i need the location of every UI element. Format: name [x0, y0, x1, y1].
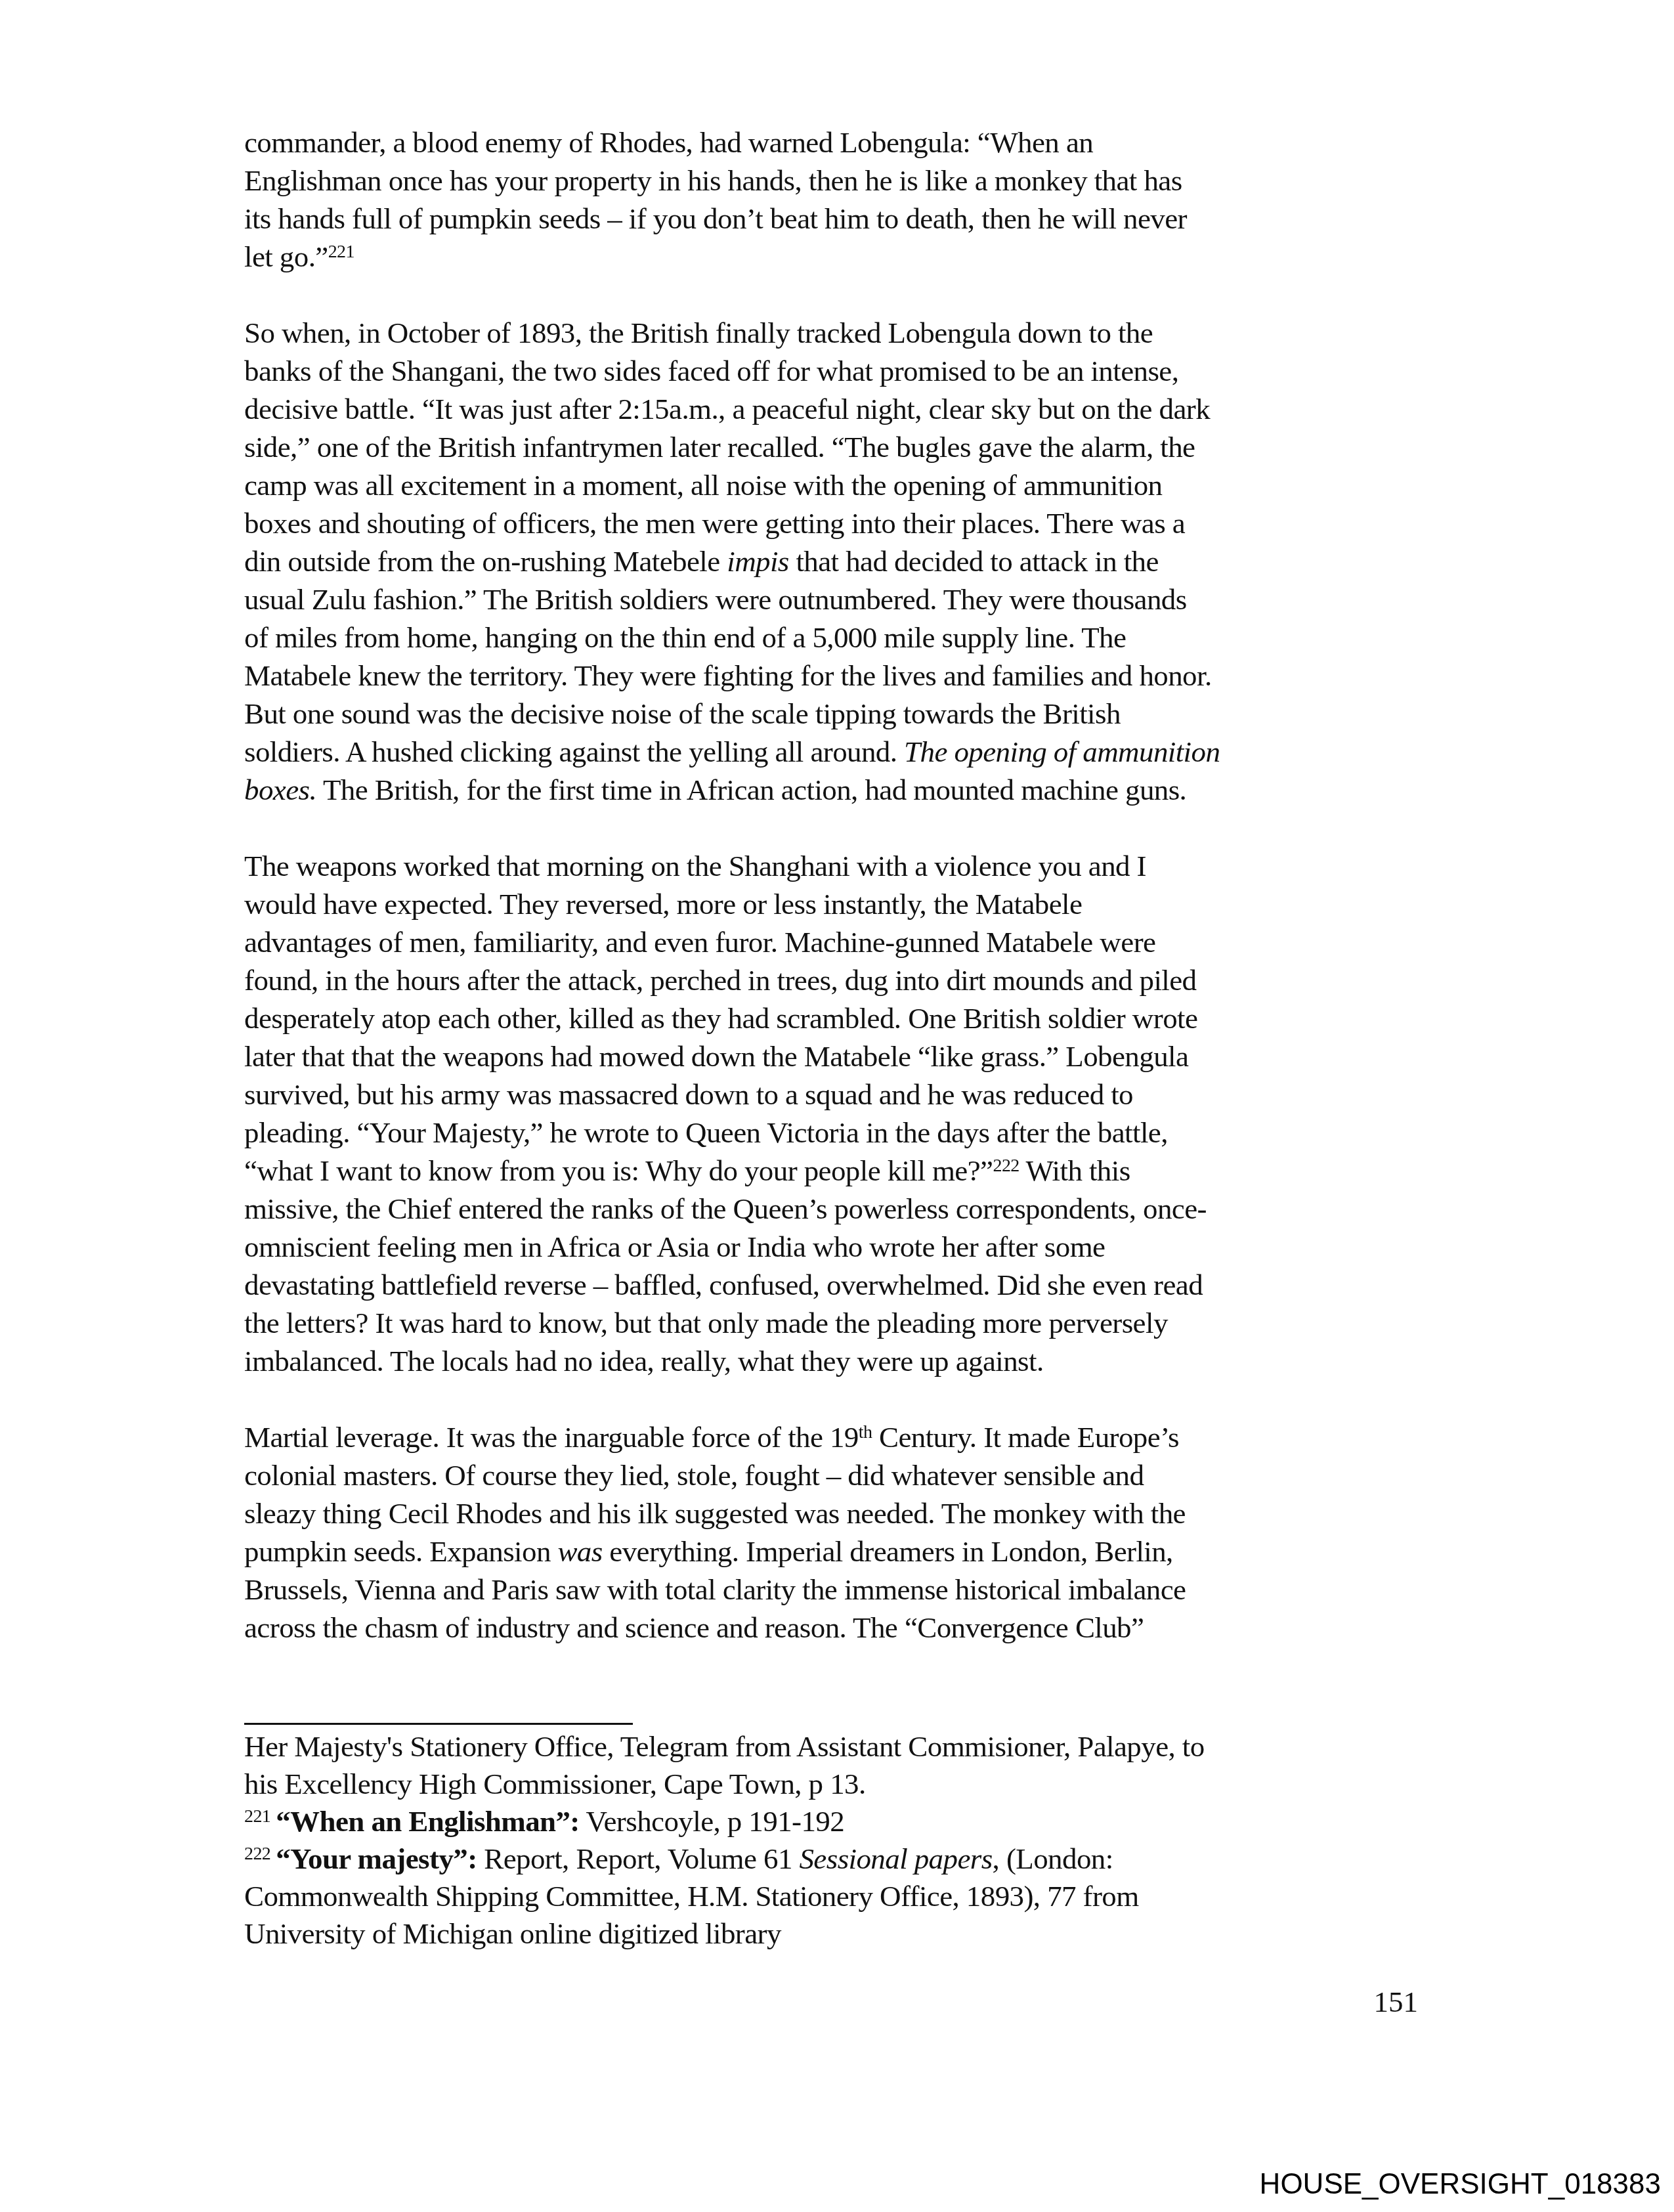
text-run: Report, Report, Volume 61 — [477, 1842, 800, 1875]
footnote-line: Her Majesty's Stationery Office, Telegra… — [244, 1728, 1419, 1766]
footnote-separator — [244, 1723, 633, 1725]
bold-text: “When an Englishman”: — [276, 1805, 580, 1838]
text-line: imbalanced. The locals had no idea, real… — [244, 1342, 1419, 1380]
text-run: Englishman once has your property in his… — [244, 164, 1182, 197]
text-line: boxes and shouting of officers, the men … — [244, 504, 1419, 542]
text-run: decisive battle. “It was just after 2:15… — [244, 393, 1210, 425]
text-run: would have expected. They reversed, more… — [244, 888, 1082, 921]
text-line: Martial leverage. It was the inarguable … — [244, 1418, 1419, 1456]
text-line: of miles from home, hanging on the thin … — [244, 618, 1419, 657]
text-run: side,” one of the British infantrymen la… — [244, 431, 1195, 464]
text-line: survived, but his army was massacred dow… — [244, 1075, 1419, 1114]
italic-text: was — [557, 1535, 602, 1568]
text-line: Englishman once has your property in his… — [244, 162, 1419, 200]
text-run: later that that the weapons had mowed do… — [244, 1040, 1188, 1073]
text-line: pleading. “Your Majesty,” he wrote to Qu… — [244, 1114, 1419, 1152]
footnote-reference: th — [859, 1422, 872, 1442]
text-run: pumpkin seeds. Expansion — [244, 1535, 557, 1568]
text-line: usual Zulu fashion.” The British soldier… — [244, 580, 1419, 618]
paragraph: So when, in October of 1893, the British… — [244, 314, 1419, 809]
text-run: boxes and shouting of officers, the men … — [244, 507, 1185, 540]
text-line: boxes. The British, for the first time i… — [244, 771, 1419, 809]
text-run: everything. Imperial dreamers in London,… — [603, 1535, 1173, 1568]
text-run: pleading. “Your Majesty,” he wrote to Qu… — [244, 1116, 1168, 1149]
body-text: commander, a blood enemy of Rhodes, had … — [244, 123, 1419, 1685]
text-line: pumpkin seeds. Expansion was everything.… — [244, 1532, 1419, 1571]
text-run: desperately atop each other, killed as t… — [244, 1002, 1197, 1035]
text-line: decisive battle. “It was just after 2:15… — [244, 390, 1419, 428]
text-line: omniscient feeling men in Africa or Asia… — [244, 1228, 1419, 1266]
text-run: With this — [1019, 1154, 1130, 1187]
text-run: colonial masters. Of course they lied, s… — [244, 1459, 1144, 1492]
text-line: soldiers. A hushed clicking against the … — [244, 733, 1419, 771]
text-line: would have expected. They reversed, more… — [244, 885, 1419, 923]
text-line: “what I want to know from you is: Why do… — [244, 1152, 1419, 1190]
text-run: soldiers. A hushed clicking against the … — [244, 735, 904, 768]
text-line: sleazy thing Cecil Rhodes and his ilk su… — [244, 1494, 1419, 1532]
text-run: din outside from the on-rushing Matebele — [244, 545, 727, 578]
text-line: Brussels, Vienna and Paris saw with tota… — [244, 1571, 1419, 1609]
text-line: So when, in October of 1893, the British… — [244, 314, 1419, 352]
text-run: banks of the Shangani, the two sides fac… — [244, 355, 1178, 387]
paragraph: The weapons worked that morning on the S… — [244, 847, 1419, 1380]
footnote-line: Commonwealth Shipping Committee, H.M. St… — [244, 1878, 1419, 1915]
text-line: desperately atop each other, killed as t… — [244, 999, 1419, 1037]
text-line: let go.”221 — [244, 238, 1419, 276]
text-run: imbalanced. The locals had no idea, real… — [244, 1345, 1044, 1377]
text-line: banks of the Shangani, the two sides fac… — [244, 352, 1419, 390]
document-page: commander, a blood enemy of Rhodes, had … — [0, 0, 1674, 2212]
text-run: The British, for the first time in Afric… — [316, 773, 1186, 806]
text-run: let go.” — [244, 240, 328, 273]
footnote: 221“When an Englishman”: Vershcoyle, p 1… — [244, 1803, 1419, 1840]
text-line: devastating battlefield reverse – baffle… — [244, 1266, 1419, 1304]
text-line: its hands full of pumpkin seeds – if you… — [244, 200, 1419, 238]
text-run: usual Zulu fashion.” The British soldier… — [244, 583, 1187, 616]
text-run: advantages of men, familiarity, and even… — [244, 926, 1155, 959]
bates-stamp: HOUSE_OVERSIGHT_018383 — [1260, 2167, 1661, 2202]
text-run: found, in the hours after the attack, pe… — [244, 964, 1197, 997]
text-run: Matabele knew the territory. They were f… — [244, 659, 1212, 692]
text-run: The weapons worked that morning on the S… — [244, 850, 1146, 882]
footnote: Her Majesty's Stationery Office, Telegra… — [244, 1728, 1419, 1803]
footnote-reference: 222 — [993, 1156, 1019, 1176]
text-line: missive, the Chief entered the ranks of … — [244, 1190, 1419, 1228]
text-run: , (London: — [993, 1842, 1113, 1875]
paragraph: commander, a blood enemy of Rhodes, had … — [244, 123, 1419, 276]
text-run: camp was all excitement in a moment, all… — [244, 469, 1162, 502]
text-run: its hands full of pumpkin seeds – if you… — [244, 202, 1187, 235]
text-run: Her Majesty's Stationery Office, Telegra… — [244, 1730, 1205, 1763]
text-line: colonial masters. Of course they lied, s… — [244, 1456, 1419, 1494]
text-run: sleazy thing Cecil Rhodes and his ilk su… — [244, 1497, 1186, 1530]
footnote: 222“Your majesty”: Report, Report, Volum… — [244, 1840, 1419, 1953]
footnote-line: 221“When an Englishman”: Vershcoyle, p 1… — [244, 1803, 1419, 1840]
text-line: Matabele knew the territory. They were f… — [244, 657, 1419, 695]
text-line: side,” one of the British infantrymen la… — [244, 428, 1419, 466]
text-run: Commonwealth Shipping Committee, H.M. St… — [244, 1880, 1139, 1913]
text-run: of miles from home, hanging on the thin … — [244, 621, 1126, 654]
text-run: But one sound was the decisive noise of … — [244, 697, 1121, 730]
text-line: But one sound was the decisive noise of … — [244, 695, 1419, 733]
italic-text: impis — [727, 545, 789, 578]
text-run: “what I want to know from you is: Why do… — [244, 1154, 993, 1187]
text-line: commander, a blood enemy of Rhodes, had … — [244, 123, 1419, 162]
text-run: that had decided to attack in the — [789, 545, 1159, 578]
text-line: camp was all excitement in a moment, all… — [244, 466, 1419, 504]
text-line: The weapons worked that morning on the S… — [244, 847, 1419, 885]
bold-text: “Your majesty”: — [276, 1842, 477, 1875]
text-run: the letters? It was hard to know, but th… — [244, 1307, 1168, 1339]
footnotes: Her Majesty's Stationery Office, Telegra… — [244, 1728, 1419, 1953]
page-number: 151 — [1346, 1983, 1418, 2021]
text-run: omniscient feeling men in Africa or Asia… — [244, 1230, 1105, 1263]
footnote-line: his Excellency High Commissioner, Cape T… — [244, 1766, 1419, 1803]
text-line: the letters? It was hard to know, but th… — [244, 1304, 1419, 1342]
text-run: across the chasm of industry and science… — [244, 1611, 1144, 1644]
italic-text: Sessional papers — [799, 1842, 992, 1875]
text-run: missive, the Chief entered the ranks of … — [244, 1192, 1207, 1225]
footnote-number: 222 — [244, 1844, 270, 1864]
text-line: found, in the hours after the attack, pe… — [244, 961, 1419, 999]
text-run: Martial leverage. It was the inarguable … — [244, 1421, 859, 1454]
text-line: later that that the weapons had mowed do… — [244, 1037, 1419, 1075]
text-run: Vershcoyle, p 191-192 — [580, 1805, 844, 1838]
text-run: survived, but his army was massacred dow… — [244, 1078, 1133, 1111]
paragraph: Martial leverage. It was the inarguable … — [244, 1418, 1419, 1647]
footnote-line: University of Michigan online digitized … — [244, 1915, 1419, 1953]
text-run: his Excellency High Commissioner, Cape T… — [244, 1767, 866, 1800]
italic-text: The opening of ammunition — [904, 735, 1220, 768]
footnote-number: 221 — [244, 1806, 270, 1827]
text-run: devastating battlefield reverse – baffle… — [244, 1269, 1203, 1301]
text-run: commander, a blood enemy of Rhodes, had … — [244, 126, 1093, 159]
footnote-line: 222“Your majesty”: Report, Report, Volum… — [244, 1840, 1419, 1878]
text-line: across the chasm of industry and science… — [244, 1609, 1419, 1647]
footnote-reference: 221 — [328, 242, 354, 262]
text-run: University of Michigan online digitized … — [244, 1917, 781, 1950]
text-line: advantages of men, familiarity, and even… — [244, 923, 1419, 961]
text-run: Brussels, Vienna and Paris saw with tota… — [244, 1573, 1186, 1606]
text-run: Century. It made Europe’s — [872, 1421, 1179, 1454]
text-run: So when, in October of 1893, the British… — [244, 316, 1153, 349]
text-line: din outside from the on-rushing Matebele… — [244, 542, 1419, 580]
italic-text: boxes. — [244, 773, 316, 806]
